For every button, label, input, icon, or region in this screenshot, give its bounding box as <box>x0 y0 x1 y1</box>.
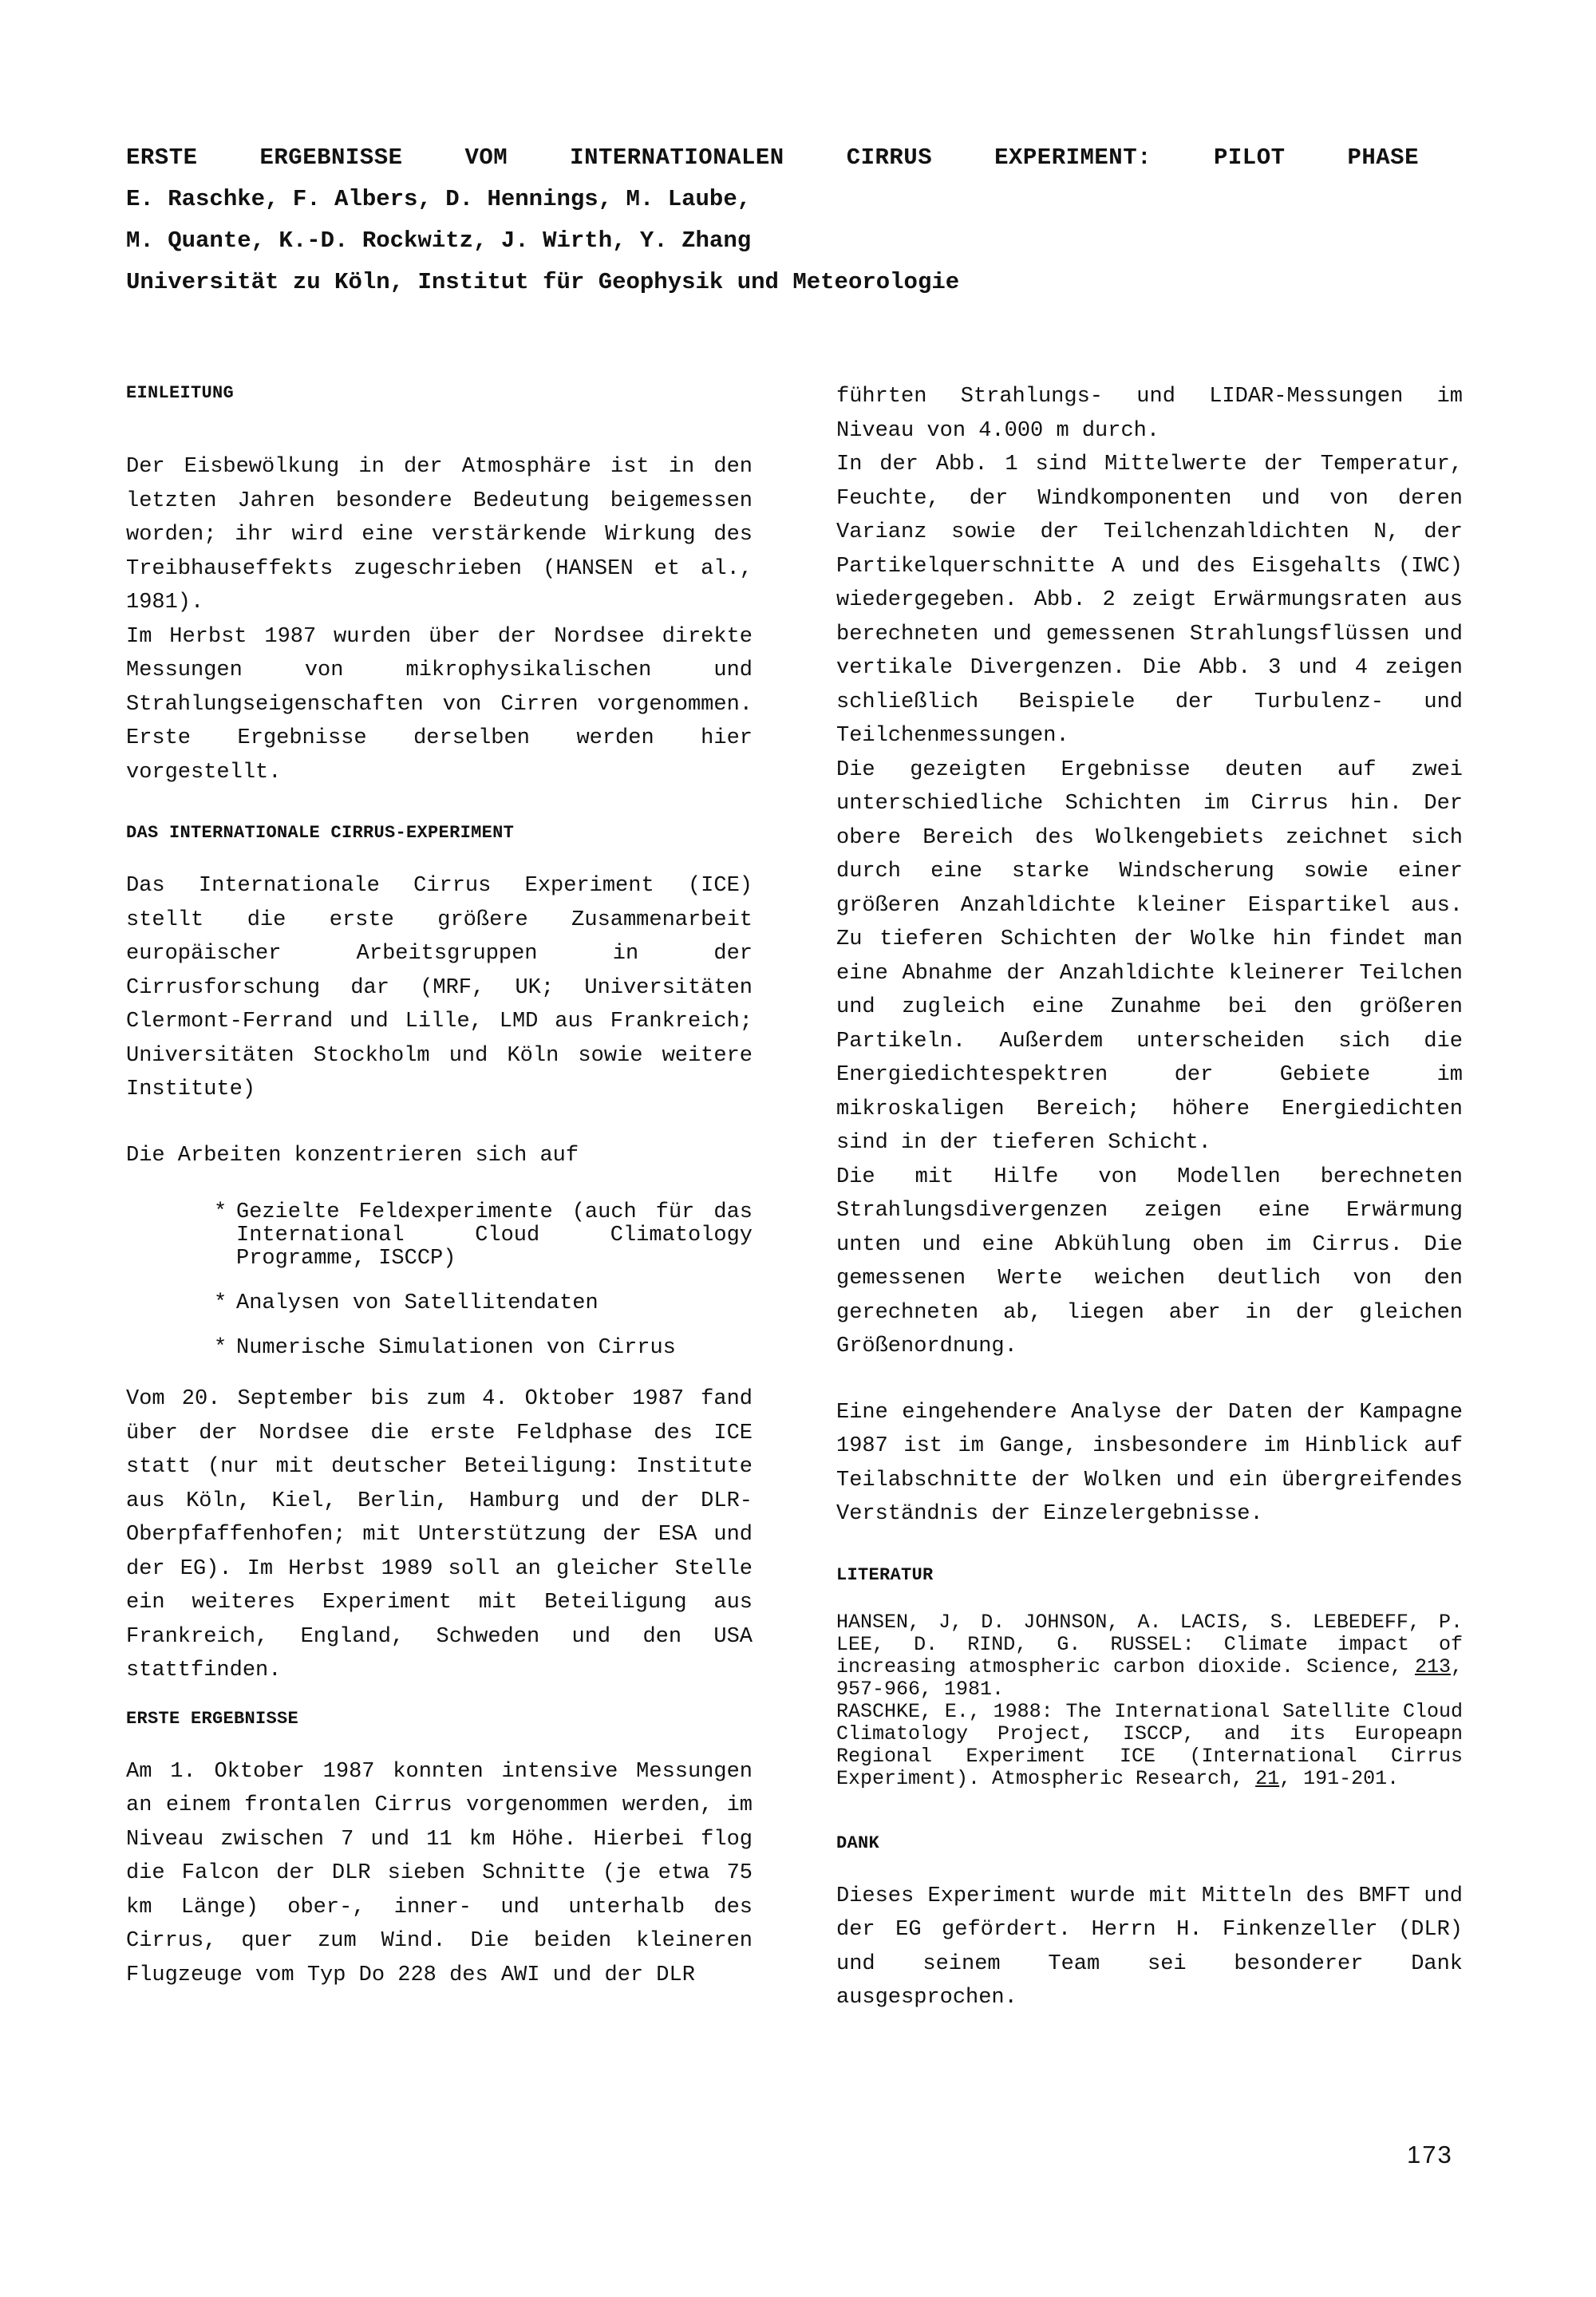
section-heading-literatur: LITERATUR <box>836 1564 1463 1587</box>
affiliation: Universität zu Köln, Institut für Geophy… <box>126 262 1419 303</box>
title-word: VOM <box>464 137 508 179</box>
ice-paragraph-3: Vom 20. September bis zum 4. Oktober 198… <box>126 1382 753 1688</box>
ergebnisse-paragraph-5: Eine eingehendere Analyse der Daten der … <box>836 1396 1463 1532</box>
list-item: * Gezielte Feldexperimente (auch für das… <box>214 1201 753 1271</box>
authors-line-2: M. Quante, K.-D. Rockwitz, J. Wirth, Y. … <box>126 220 1419 262</box>
reference-text: HANSEN, J, D. JOHNSON, A. LACIS, S. LEBE… <box>836 1611 1463 1678</box>
ergebnisse-paragraph-2: In der Abb. 1 sind Mittelwerte der Tempe… <box>836 448 1463 753</box>
paper-header: ERSTE ERGEBNISSE VOM INTERNATIONALEN CIR… <box>126 137 1419 303</box>
paper-title: ERSTE ERGEBNISSE VOM INTERNATIONALEN CIR… <box>126 137 1419 179</box>
title-word: CIRRUS <box>847 137 932 179</box>
reference-volume: 21 <box>1255 1767 1279 1790</box>
reference-volume: 213 <box>1415 1655 1451 1678</box>
authors-line-1: E. Raschke, F. Albers, D. Hennings, M. L… <box>126 179 1419 220</box>
title-word: PHASE <box>1347 137 1419 179</box>
section-heading-einleitung: EINLEITUNG <box>126 382 753 405</box>
reference-item: HANSEN, J, D. JOHNSON, A. LACIS, S. LEBE… <box>836 1611 1463 1701</box>
asterisk-bullet-icon: * <box>214 1292 227 1315</box>
einleitung-paragraph-2: Im Herbst 1987 wurden über der Nordsee d… <box>126 620 753 790</box>
right-column: führten Strahlungs- und LIDAR-Messungen … <box>836 375 1463 2015</box>
section-heading-dank: DANK <box>836 1832 1463 1856</box>
list-item-text: Numerische Simulationen von Cirrus <box>236 1336 676 1360</box>
title-word: EXPERIMENT: <box>994 137 1152 179</box>
ice-paragraph-2: Die Arbeiten konzentrieren sich auf <box>126 1139 753 1173</box>
title-word: INTERNATIONALEN <box>570 137 784 179</box>
ergebnisse-paragraph-1-continued: führten Strahlungs- und LIDAR-Messungen … <box>836 380 1463 448</box>
dank-paragraph: Dieses Experiment wurde mit Mitteln des … <box>836 1880 1463 2015</box>
focus-list: * Gezielte Feldexperimente (auch für das… <box>126 1201 753 1360</box>
reference-list: HANSEN, J, D. JOHNSON, A. LACIS, S. LEBE… <box>836 1611 1463 1790</box>
asterisk-bullet-icon: * <box>214 1201 227 1224</box>
title-word: PILOT <box>1214 137 1286 179</box>
section-heading-ergebnisse: ERSTE ERGEBNISSE <box>126 1707 753 1731</box>
list-item: * Analysen von Satellitendaten <box>214 1292 753 1315</box>
ergebnisse-paragraph-1: Am 1. Oktober 1987 konnten intensive Mes… <box>126 1755 753 1993</box>
einleitung-paragraph-1: Der Eisbewölkung in der Atmosphäre ist i… <box>126 450 753 620</box>
section-heading-ice: DAS INTERNATIONALE CIRRUS-EXPERIMENT <box>126 821 753 845</box>
list-item-text: Analysen von Satellitendaten <box>236 1291 598 1315</box>
page-number: 173 <box>1407 2141 1453 2169</box>
left-column: EINLEITUNG Der Eisbewölkung in der Atmos… <box>126 375 753 1992</box>
ergebnisse-paragraph-3: Die gezeigten Ergebnisse deuten auf zwei… <box>836 753 1463 1160</box>
ergebnisse-paragraph-4: Die mit Hilfe von Modellen berechneten S… <box>836 1160 1463 1364</box>
title-word: ERGEBNISSE <box>259 137 402 179</box>
list-item: * Numerische Simulationen von Cirrus <box>214 1337 753 1360</box>
title-word: ERSTE <box>126 137 198 179</box>
reference-text: , 191-201. <box>1279 1767 1399 1790</box>
list-item-text: Gezielte Feldexperimente (auch für das I… <box>236 1200 753 1271</box>
asterisk-bullet-icon: * <box>214 1337 227 1360</box>
ice-paragraph-1: Das Internationale Cirrus Experiment (IC… <box>126 869 753 1107</box>
reference-item: RASCHKE, E., 1988: The International Sat… <box>836 1701 1463 1790</box>
